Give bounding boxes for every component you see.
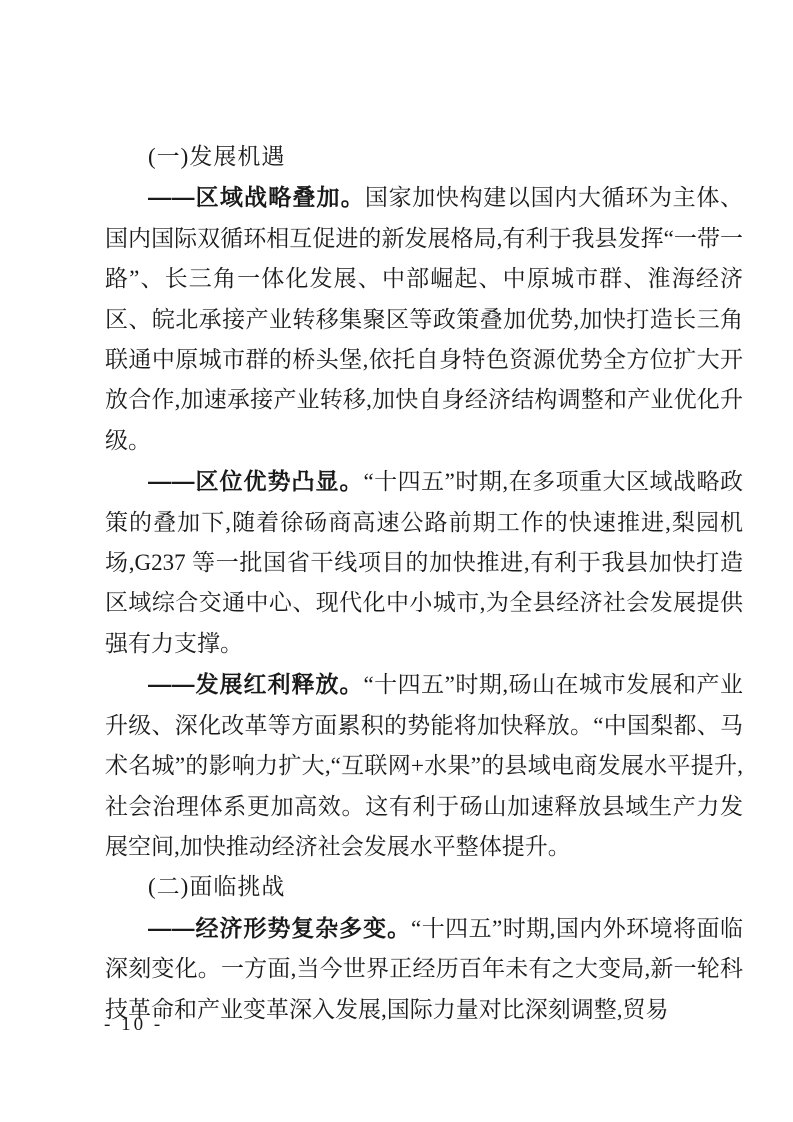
section-heading-development-opportunities: (一)发展机遇 xyxy=(105,137,743,177)
document-page: (一)发展机遇 ——区域战略叠加。国家加快构建以国内大循环为主体、国内国际双循环… xyxy=(0,0,793,1122)
paragraph-development-dividend: ——发展红利释放。“十四五”时期,砀山在城市发展和产业升级、深化改革等方面累积的… xyxy=(105,664,743,867)
paragraph-lead: ——经济形势复杂多变。 xyxy=(148,915,411,941)
paragraph-text: “十四五”时期,在多项重大区域战略政策的叠加下,随着徐砀商高速公路前期工作的快速… xyxy=(105,469,743,656)
paragraph-lead: ——发展红利释放。 xyxy=(148,671,363,697)
paragraph-regional-strategy: ——区域战略叠加。国家加快构建以国内大循环为主体、国内国际双循环相互促进的新发展… xyxy=(105,177,743,461)
document-body: (一)发展机遇 ——区域战略叠加。国家加快构建以国内大循环为主体、国内国际双循环… xyxy=(105,137,743,1030)
paragraph-lead: ——区域战略叠加。 xyxy=(148,184,365,210)
paragraph-text: 国家加快构建以国内大循环为主体、国内国际双循环相互促进的新发展格局,有利于我县发… xyxy=(105,185,743,452)
paragraph-text: “十四五”时期,砀山在城市发展和产业升级、深化改革等方面累积的势能将加快释放。“… xyxy=(105,672,743,859)
section-heading-challenges: (二)面临挑战 xyxy=(105,867,743,907)
paragraph-lead: ——区位优势凸显。 xyxy=(148,468,363,494)
paragraph-economic-situation: ——经济形势复杂多变。“十四五”时期,国内外环境将面临深刻变化。一方面,当今世界… xyxy=(105,908,743,1030)
paragraph-location-advantage: ——区位优势凸显。“十四五”时期,在多项重大区域战略政策的叠加下,随着徐砀商高速… xyxy=(105,461,743,664)
page-number: - 10 - xyxy=(104,1014,163,1036)
